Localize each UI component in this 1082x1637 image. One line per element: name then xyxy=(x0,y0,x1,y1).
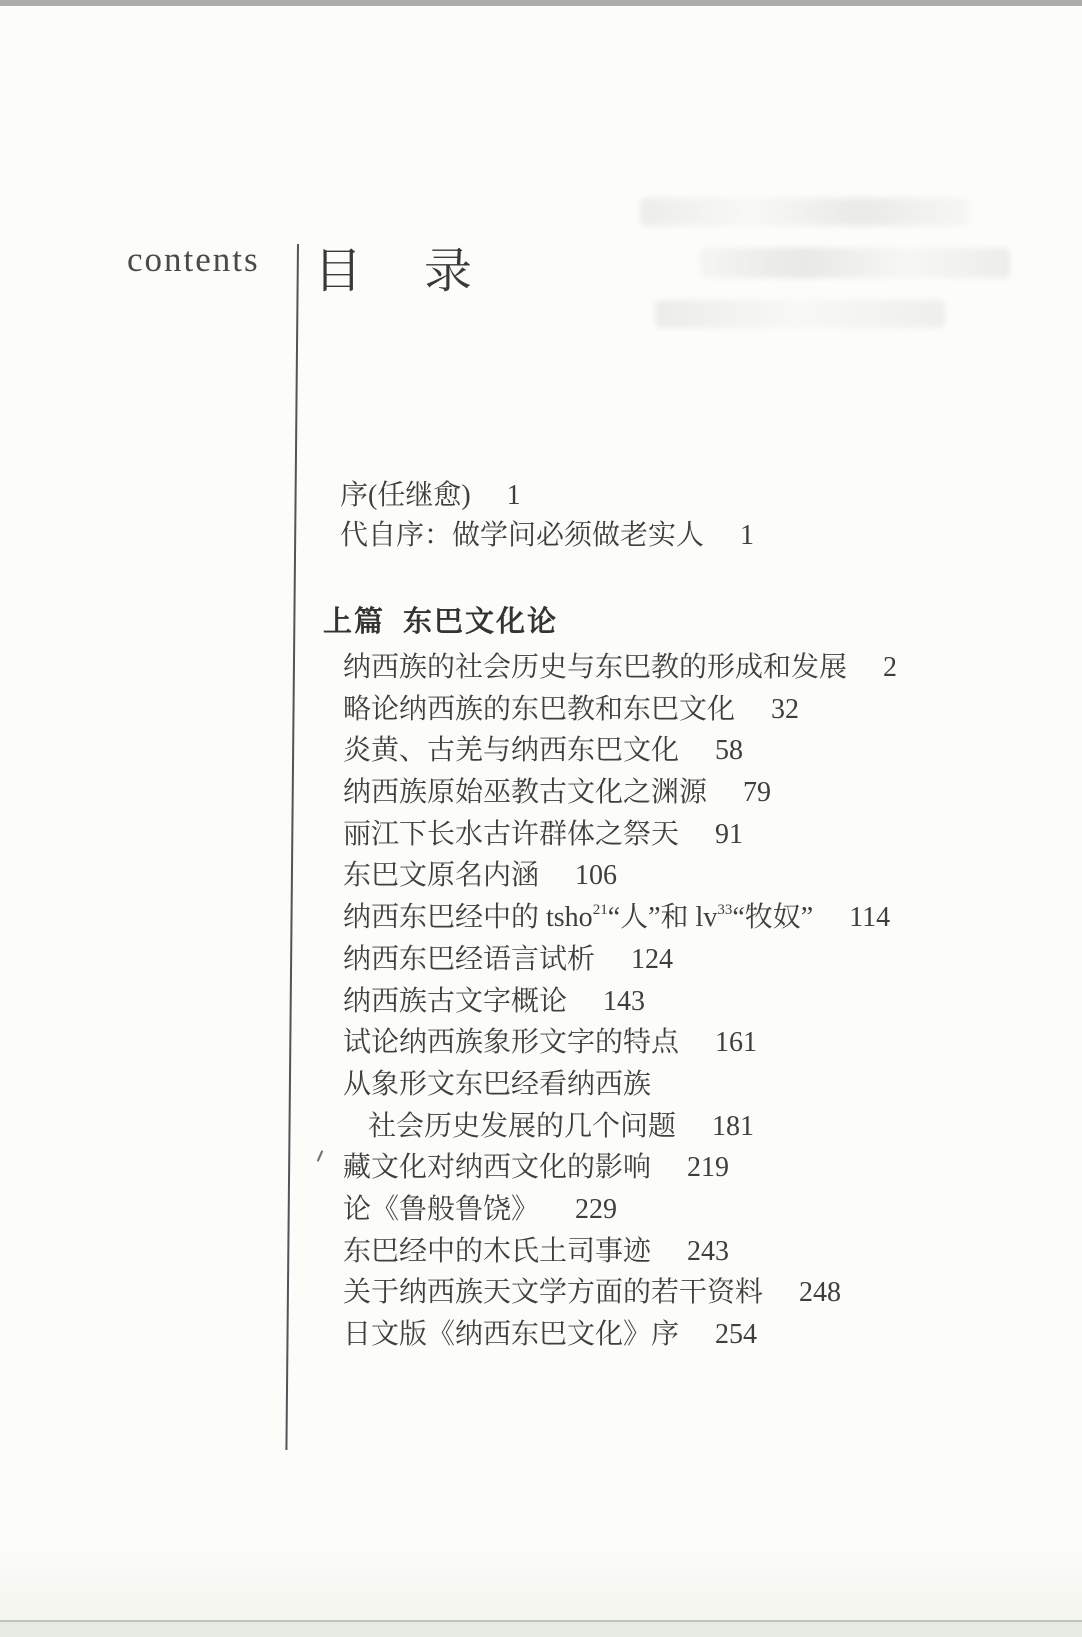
toc-entry-text: 试论纳西族象形文字的特点 xyxy=(343,1027,679,1058)
front-matter-entry-title: 代自序：做学问必须做老实人 xyxy=(340,520,704,551)
toc-entry: 纳西族古文字概论143 xyxy=(343,981,897,1023)
front-matter-entry-page: 1 xyxy=(507,480,521,511)
toc-entry-page: 181 xyxy=(712,1111,754,1142)
toc-entry-title: 炎黄、古羌与纳西东巴文化 xyxy=(343,735,679,766)
toc-entry-text: 纳西族古文字概论 xyxy=(343,986,567,1017)
toc-entry: 试论纳西族象形文字的特点161 xyxy=(343,1022,897,1064)
toc-entry-title: 论《鲁般鲁饶》 xyxy=(343,1194,539,1225)
toc-entry-title: 关于纳西族天文学方面的若干资料 xyxy=(343,1277,763,1308)
toc-entry: 论《鲁般鲁饶》229 xyxy=(343,1189,897,1231)
toc-entry-title: 社会历史发展的几个问题 xyxy=(368,1111,676,1142)
toc-entry-title: 日文版《纳西东巴文化》序 xyxy=(343,1319,679,1350)
toc-entry-page: 106 xyxy=(575,860,617,891)
scan-bottom-tint xyxy=(0,1548,1082,1620)
front-matter-entry: 代自序：做学问必须做老实人1 xyxy=(340,516,754,556)
toc-entry-title: 从象形文东巴经看纳西族 xyxy=(343,1069,651,1100)
vertical-divider xyxy=(285,244,299,1450)
toc-entry-title: 纳西东巴经中的 tsho21“人”和 lv33“牧奴” xyxy=(343,902,813,933)
front-matter-entry: 序(任继愈)1 xyxy=(340,476,754,516)
toc-entry-title: 藏文化对纳西文化的影响 xyxy=(343,1152,651,1183)
toc-entry-page: 79 xyxy=(743,777,771,808)
toc-entry-text: 纳西族的社会历史与东巴教的形成和发展 xyxy=(343,652,847,683)
toc-entry-page: 229 xyxy=(575,1194,617,1225)
toc-entry-page: 243 xyxy=(687,1236,729,1267)
toc-entry-text: 关于纳西族天文学方面的若干资料 xyxy=(343,1277,763,1308)
toc-entry-text: 论《鲁般鲁饶》 xyxy=(343,1194,539,1225)
toc-entry-title: 纳西族原始巫教古文化之渊源 xyxy=(343,777,707,808)
toc-entry-title: 东巴文原名内涵 xyxy=(343,860,539,891)
toc-entry-title: 略论纳西族的东巴教和东巴文化 xyxy=(343,694,735,725)
toc-entry: 日文版《纳西东巴文化》序254 xyxy=(343,1314,897,1356)
toc-entry: 丽江下长水古许群体之祭天91 xyxy=(343,814,897,856)
toc-entry-text: 纳西东巴经中的 tsho xyxy=(343,902,593,933)
toc-entry: 东巴经中的木氏土司事迹243 xyxy=(343,1231,897,1273)
front-matter-entry-page: 1 xyxy=(740,520,754,551)
bleedthrough-ghost xyxy=(640,198,970,226)
toc-entry: 炎黄、古羌与纳西东巴文化58 xyxy=(343,730,897,772)
toc-entry-page: 91 xyxy=(715,819,743,850)
page-title: 目 录 xyxy=(314,232,479,301)
section-heading: 上篇东巴文化论 xyxy=(323,606,558,638)
section-title: 东巴文化论 xyxy=(403,606,558,638)
toc-entry-title: 试论纳西族象形文字的特点 xyxy=(343,1027,679,1058)
toc-entry-page: 161 xyxy=(715,1027,757,1058)
toc-entry-page: 143 xyxy=(603,986,645,1017)
toc-entry-page: 114 xyxy=(849,902,890,933)
stray-mark xyxy=(317,1150,324,1162)
toc-entry-page: 248 xyxy=(799,1277,841,1308)
toc-entry-title: 纳西东巴经语言试析 xyxy=(343,944,595,975)
toc-entry: 从象形文东巴经看纳西族 xyxy=(343,1064,897,1106)
toc-entry-page: 32 xyxy=(771,694,799,725)
toc-entry-title: 纳西族的社会历史与东巴教的形成和发展 xyxy=(343,652,847,683)
toc-entry-page: 254 xyxy=(715,1319,757,1350)
bleedthrough-ghost xyxy=(700,248,1010,278)
toc-entry-text: 藏文化对纳西文化的影响 xyxy=(343,1152,651,1183)
toc-entry: 纳西东巴经语言试析124 xyxy=(343,939,897,981)
toc-entry: 纳西东巴经中的 tsho21“人”和 lv33“牧奴”114 xyxy=(343,897,897,939)
section-part-label: 上篇 xyxy=(323,606,385,638)
toc-entry: 东巴文原名内涵106 xyxy=(343,855,897,897)
toc-entry-page: 219 xyxy=(687,1152,729,1183)
toc-entry-tone-superscript: 33 xyxy=(717,902,732,918)
bleedthrough-ghost xyxy=(655,300,945,328)
toc-entry-title: 纳西族古文字概论 xyxy=(343,986,567,1017)
toc-entry-page: 124 xyxy=(631,944,673,975)
toc-entry: 藏文化对纳西文化的影响219 xyxy=(343,1147,897,1189)
toc-entry-page: 58 xyxy=(715,735,743,766)
toc-entry: 社会历史发展的几个问题181 xyxy=(343,1106,897,1148)
toc-entry-text: 从象形文东巴经看纳西族 xyxy=(343,1069,651,1100)
toc-entry: 纳西族的社会历史与东巴教的形成和发展2 xyxy=(343,647,897,689)
book-page: contents 目 录 序(任继愈)1代自序：做学问必须做老实人1 上篇东巴文… xyxy=(0,0,1082,1637)
toc-entry-text: 纳西东巴经语言试析 xyxy=(343,944,595,975)
toc-entry-page: 2 xyxy=(883,652,897,683)
scan-bottom-edge xyxy=(0,1622,1082,1637)
toc-entry-text: “牧奴” xyxy=(732,902,813,933)
toc-entry: 略论纳西族的东巴教和东巴文化32 xyxy=(343,689,897,731)
toc-entry-text: “人”和 lv xyxy=(608,902,718,933)
toc-entry-text: 略论纳西族的东巴教和东巴文化 xyxy=(343,694,735,725)
toc-list: 纳西族的社会历史与东巴教的形成和发展2略论纳西族的东巴教和东巴文化32炎黄、古羌… xyxy=(343,647,897,1356)
toc-entry-text: 社会历史发展的几个问题 xyxy=(368,1111,676,1142)
toc-entry-title: 丽江下长水古许群体之祭天 xyxy=(343,819,679,850)
toc-entry-text: 丽江下长水古许群体之祭天 xyxy=(343,819,679,850)
toc-entry: 关于纳西族天文学方面的若干资料248 xyxy=(343,1272,897,1314)
toc-entry-text: 纳西族原始巫教古文化之渊源 xyxy=(343,777,707,808)
front-matter-entry-title: 序(任继愈) xyxy=(340,480,471,511)
toc-entry-title: 东巴经中的木氏土司事迹 xyxy=(343,1236,651,1267)
toc-entry-text: 炎黄、古羌与纳西东巴文化 xyxy=(343,735,679,766)
toc-entry: 纳西族原始巫教古文化之渊源79 xyxy=(343,772,897,814)
toc-entry-text: 东巴经中的木氏土司事迹 xyxy=(343,1236,651,1267)
toc-entry-text: 日文版《纳西东巴文化》序 xyxy=(343,1319,679,1350)
toc-entry-text: 东巴文原名内涵 xyxy=(343,860,539,891)
front-matter-list: 序(任继愈)1代自序：做学问必须做老实人1 xyxy=(340,476,754,556)
contents-label: contents xyxy=(127,240,260,280)
toc-entry-tone-superscript: 21 xyxy=(593,902,608,918)
scan-top-edge xyxy=(0,0,1082,6)
